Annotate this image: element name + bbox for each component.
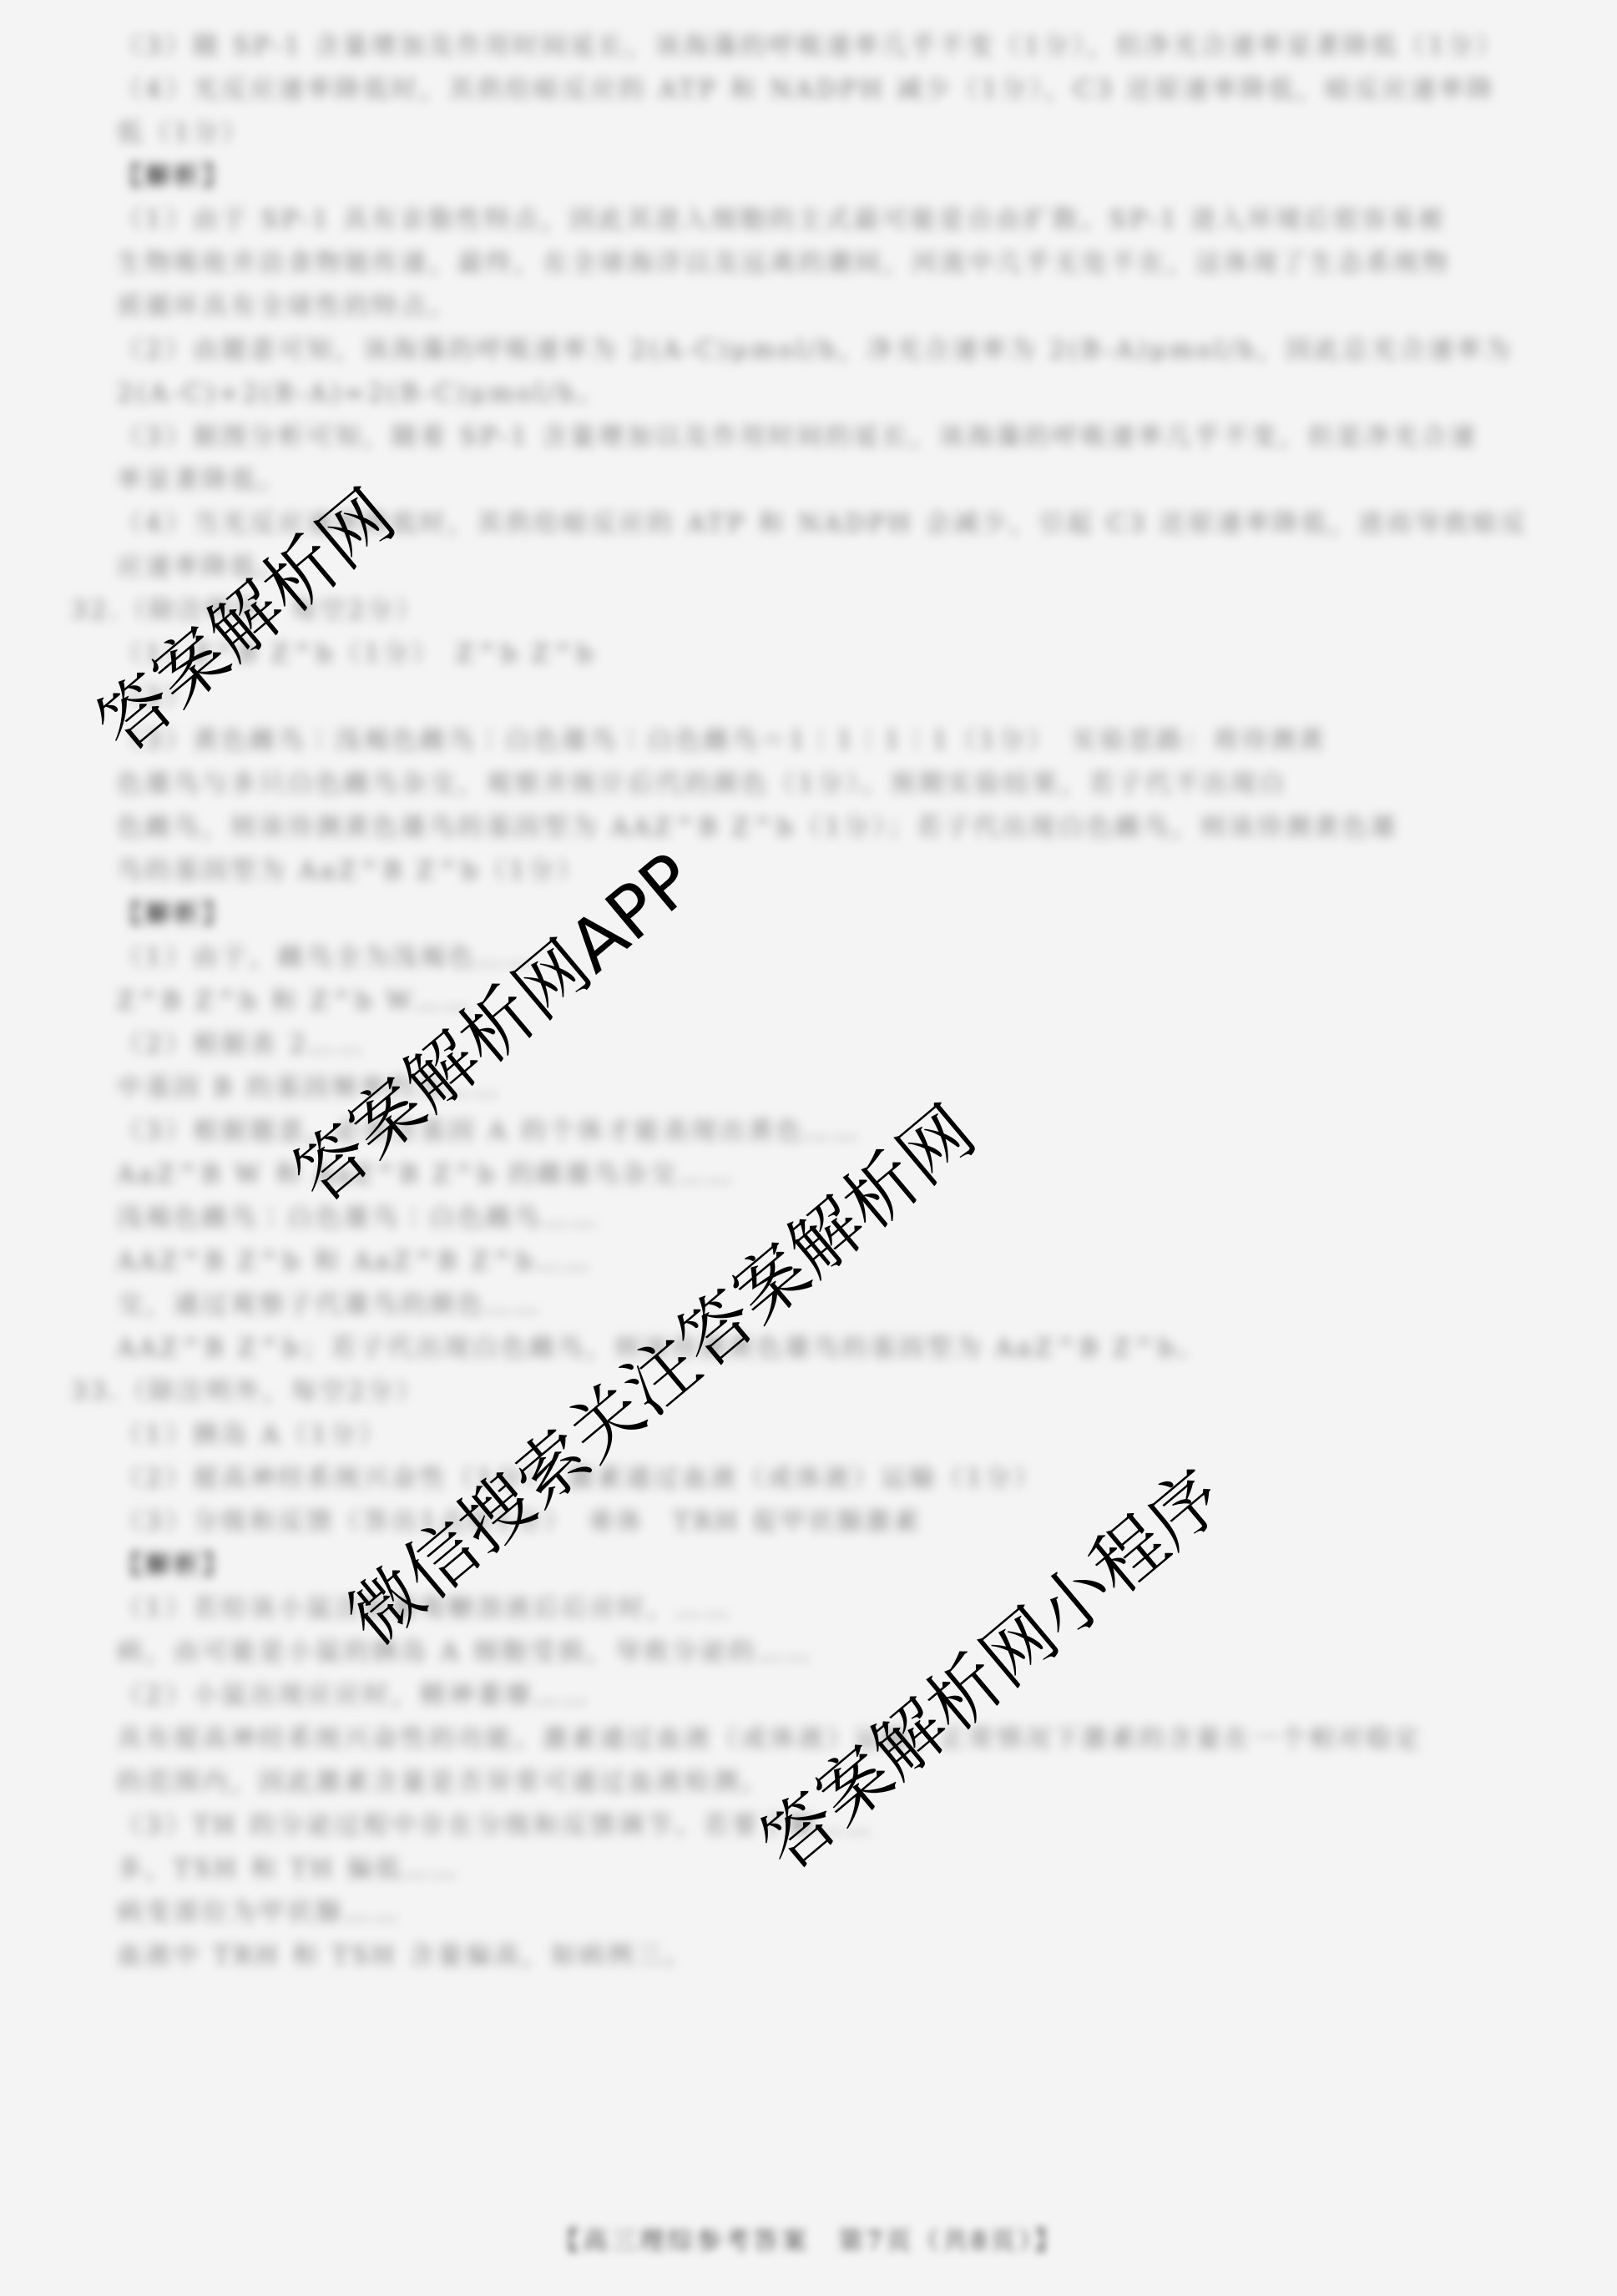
question-number: 33.（除注明外，每空2分） [71, 1370, 1553, 1414]
text-line: 鸟的基因型为 AaZ^B Z^b（1分） [117, 850, 1553, 893]
section-heading: 【解析】 [117, 155, 1553, 199]
text-line: 色雌鸟，则该待测黄色雄鸟的基因型为 AAZ^B Z^b（1分）；若子代出现白色雌… [117, 806, 1553, 850]
text-line: （1）胰岛 A（1分） [117, 1414, 1553, 1457]
text-line: Z^B Z^b 和 Z^b W…… [117, 980, 1553, 1023]
text-line: （3）分级和反馈（答出1点给1分） 垂体 TRH 促甲状腺激素 [117, 1501, 1553, 1544]
text-line: （4）光反应速率降低时，其供给暗反应的 ATP 和 NADPH 减少（1分），C… [117, 68, 1553, 112]
text-line: （2）根据表 2…… [117, 1023, 1553, 1067]
text-line: 交，通过观察子代雄鸟的颜色…… [117, 1284, 1553, 1327]
text-line: 低（1分） [117, 112, 1553, 155]
text-line: 病变部位为甲状腺…… [117, 1891, 1553, 1935]
section-heading: 【解析】 [117, 893, 1553, 936]
text-line: 血液中 TRH 和 TSH 含量偏高，如病例三。 [117, 1935, 1553, 1978]
text-line: （3）黄色雌鸟∶浅褐色雌鸟∶白色雄鸟∶白色雌鸟＝1∶1∶1∶1（1分） 实验思路… [117, 719, 1553, 763]
text-line: 色雄鸟与多只白色雌鸟杂交，观察并统计后代的颜色（1分）。预期实验结果，若子代不出… [117, 763, 1553, 806]
text-line: （3）随 SP-1 含量增加及作用时间延长，该海藻的呼吸速率几乎不变（1分），但… [117, 25, 1553, 68]
text-line: （2）由题意可知，该海藻的呼吸速率为 2(A-C)μmol/h，净光合速率为 2… [117, 329, 1553, 372]
text-line: （1）由于 SP-1 具有亲脂性特点，因此其进入细胞的主式最可能是自由扩散。SP… [117, 199, 1553, 242]
text-line: （1）Z^B Z^b（1分） Z^b Z^b [117, 633, 1553, 676]
text-line: （2）提高神经系统兴奋性（1分） 激素通过血液（或体液）运输（1分） [117, 1457, 1553, 1501]
text-line: （3）据图分析可知，随着 SP-1 含量增加以及作用时间的延长，该海藻的呼吸速率… [117, 416, 1553, 459]
text-line: 生物吸收并沿食物链传递，最终，在全球海洋以及远离的潮间，河流中几乎无处不在，这体… [117, 242, 1553, 285]
text-line: （2） [117, 676, 1553, 719]
answer-document: （3）随 SP-1 含量增加及作用时间延长，该海藻的呼吸速率几乎不变（1分），但… [117, 25, 1553, 1978]
text-line: 病，由可能是小鼠的胰岛 A 细胞受损，导致分泌的…… [117, 1631, 1553, 1674]
text-line: 质循环具有全球性的特点。 [117, 285, 1553, 329]
page-footer: 【高三理综参考答案 第7页（共8页）】 [0, 2220, 1617, 2257]
text-line: 2(A-C)+2(B-A)=2(B-C)μmol/h。 [117, 372, 1553, 416]
text-line: （1）由于，雌鸟全为浅褐色…… [117, 936, 1553, 980]
text-line: （2）小鼠出现应应时，精神萎靡…… [117, 1674, 1553, 1718]
text-line: AAZ^B Z^b；若子代出现白色雌鸟，则该待测黄色雄鸟的基因型为 AaZ^B … [117, 1327, 1553, 1370]
